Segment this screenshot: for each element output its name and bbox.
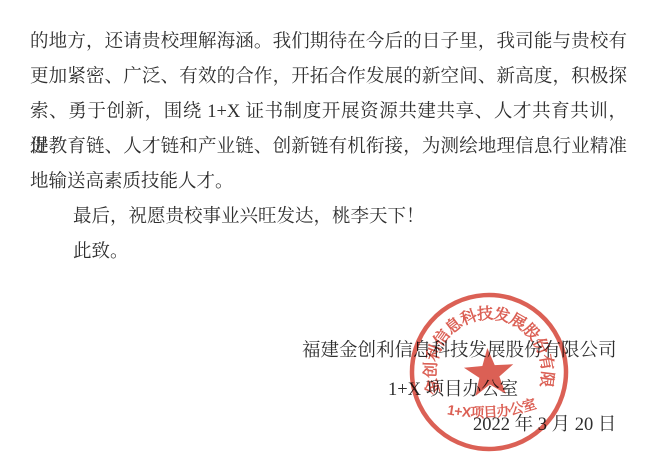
letter-body: 的地方，还请贵校理解海涵。我们期待在今后的日子里，我司能与贵校有 更加紧密、广泛… <box>30 25 627 270</box>
body-line-2: 更加紧密、广泛、有效的合作，开拓合作发展的新空间、新高度，积极探 <box>30 60 627 95</box>
body-line-5: 地输送高素质技能人才。 <box>30 165 627 200</box>
body-line-4: 进教育链、人才链和产业链、创新链有机衔接，为测绘地理信息行业精准 <box>30 130 627 165</box>
star-icon <box>463 346 516 396</box>
body-line-6: 最后，祝愿贵校事业兴旺发达，桃李天下！ <box>30 200 627 235</box>
company-seal: 福建金创利信息科技发展股份有限公司 1+X项目办公室 <box>398 281 579 462</box>
closing-line: 此致。 <box>30 235 627 270</box>
letter-page: 的地方，还请贵校理解海涵。我们期待在今后的日子里，我司能与贵校有 更加紧密、广泛… <box>0 0 656 469</box>
body-line-1: 的地方，还请贵校理解海涵。我们期待在今后的日子里，我司能与贵校有 <box>30 25 627 60</box>
seal-bottom-text: 1+X项目办公室 <box>445 395 539 423</box>
seal-bottom-text-path: 1+X项目办公室 <box>445 395 539 423</box>
body-line-3: 索、勇于创新，围绕 1+X 证书制度开展资源共建共享、人才共育共训，促 <box>30 95 627 130</box>
